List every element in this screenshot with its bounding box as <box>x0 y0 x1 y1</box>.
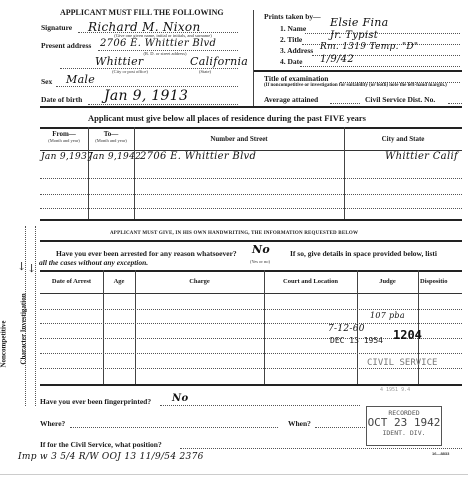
district-label: Civil Service Dist. No. <box>365 95 435 104</box>
recorded-stamp-line3: IDENT. DIV. <box>367 429 441 437</box>
fingerprinted-question: Have you ever been fingerprinted? <box>40 397 151 406</box>
prints-date-label: 4. Date <box>280 57 303 66</box>
arrest-row-rule-5 <box>40 368 462 369</box>
state-hint: (State) <box>190 69 220 74</box>
prints-date-line <box>300 66 460 67</box>
signature-value[interactable]: Richard M. Nixon <box>88 20 200 34</box>
fingerprinted-answer[interactable]: No <box>172 393 188 404</box>
where-field[interactable] <box>70 427 278 428</box>
signature-label: Signature <box>41 23 72 32</box>
arrest-answer-hint: (Yes or no) <box>250 259 270 264</box>
margin-line-2 <box>35 226 36 406</box>
state-value[interactable]: California <box>190 55 248 68</box>
arrest-instruction-1: If so, give details in space provided be… <box>290 249 437 258</box>
district-line <box>448 103 462 104</box>
prints-address-value[interactable]: Rm. 1319 Temp. "D" <box>320 42 418 52</box>
col-street-header: Number and Street <box>134 135 344 143</box>
form-number: 16—8833 <box>432 451 449 456</box>
row1-from[interactable]: Jan 9,1937 <box>41 152 93 162</box>
arrow-down-icon: ↓ <box>27 262 36 275</box>
page-bottom-edge <box>0 474 468 475</box>
average-label: Average attained <box>264 95 318 104</box>
prints-address-label: 3. Address <box>280 46 313 55</box>
residence-bottom-rule <box>40 219 462 221</box>
prints-name-label: 1. Name <box>280 24 306 33</box>
exam-note: (If noncompetitive or investigation for … <box>264 83 464 89</box>
stamp-number: 1204 <box>393 328 422 342</box>
residence-row-rule-3 <box>40 208 462 209</box>
arrest-banner-rule <box>40 240 462 242</box>
row1-city[interactable]: Whittier Calif <box>385 151 458 162</box>
recorded-stamp-line2: OCT 23 1942 <box>367 417 441 429</box>
col-from-sub: (Month and year) <box>40 138 88 143</box>
prints-heading: Prints taken by— <box>264 12 321 21</box>
residence-row-rule-1 <box>40 178 462 179</box>
when-field[interactable] <box>315 427 365 428</box>
margin-noncompetitive: Noncompetitive <box>0 320 8 367</box>
arrest-row-rule-1 <box>40 309 462 310</box>
col-to-header: To— (Month and year) <box>88 130 134 143</box>
arrest-instruction-2: all the cases without any exception. <box>39 258 148 267</box>
sex-line <box>56 86 238 87</box>
col-to-title: To— <box>88 130 134 138</box>
col-city-header: City and State <box>344 135 462 143</box>
prints-divider <box>254 70 462 72</box>
col-from-header: From— (Month and year) <box>40 130 88 143</box>
arrest-table-bottom-rule <box>40 384 462 386</box>
address-label: Present address <box>41 41 91 50</box>
col-disposition: Dispositio <box>420 278 447 285</box>
arrest-row-rule-4 <box>40 353 462 354</box>
where-label: Where? <box>40 419 65 428</box>
prints-name-value[interactable]: Elsie Fina <box>330 16 389 29</box>
col-from-title: From— <box>40 130 88 138</box>
position-label: If for the Civil Service, what position? <box>40 440 162 449</box>
prints-title-label: 2. Title <box>280 35 302 44</box>
civil-service-stamp: CIVIL SERVICE <box>367 358 437 368</box>
col-court-location: Court and Location <box>264 278 357 285</box>
residence-row-rule-2 <box>40 194 462 195</box>
city-hint: (City or post office) <box>100 69 160 74</box>
dob-label: Date of birth <box>41 95 82 104</box>
recorded-stamp: RECORDED OCT 23 1942 IDENT. DIV. <box>366 406 442 446</box>
fingerprinted-line <box>160 405 360 406</box>
city-value[interactable]: Whittier <box>95 55 143 68</box>
arrow-down-icon: ↓ <box>17 260 26 273</box>
residence-heading: Applicant must give below all places of … <box>88 113 366 123</box>
residence-top-rule <box>40 127 462 129</box>
col-charge: Charge <box>135 278 264 285</box>
faint-marks: 4 1951 9.4 <box>380 387 410 393</box>
prints-date-value[interactable]: 1/9/42 <box>320 54 354 65</box>
applicant-heading: APPLICANT MUST FILL THE FOLLOWING <box>60 8 224 17</box>
arrest-answer[interactable]: No <box>252 243 270 256</box>
exam-label: Title of examination <box>264 74 328 83</box>
col-to-sub: (Month and year) <box>88 138 134 143</box>
margin-character-investigation: Character Investigation <box>20 293 28 364</box>
sex-value[interactable]: Male <box>66 73 95 86</box>
stamp-date: DEC 13 1954 <box>330 336 383 345</box>
col-age: Age <box>103 278 135 285</box>
when-label: When? <box>288 419 311 428</box>
bottom-scrawl: Imp w 3 5/4 R/W OOJ 13 11/9/54 2376 <box>18 452 204 462</box>
prints-name-line <box>305 33 460 34</box>
handwritten-date: 7-12-60 <box>328 324 365 334</box>
dob-value[interactable]: Jan 9, 1913 <box>104 88 188 104</box>
dob-line <box>88 104 238 105</box>
arrest-question: Have you ever been arrested for any reas… <box>56 249 237 258</box>
arrest-banner: APPLICANT MUST GIVE, IN HIS OWN HANDWRIT… <box>110 231 358 236</box>
top-divider <box>253 10 254 106</box>
sex-label: Sex <box>41 77 52 86</box>
row1-street[interactable]: 2706 E. Whittier Blvd <box>140 151 256 162</box>
col-judge: Judge <box>357 278 418 285</box>
position-field[interactable] <box>180 448 462 449</box>
prints-title-value[interactable]: Jr. Typist <box>330 30 378 41</box>
handwritten-initials: 107 pba <box>370 311 405 320</box>
row1-to[interactable]: Jan 9,1942 <box>89 152 141 162</box>
address-value[interactable]: 2706 E. Whittier Blvd <box>100 38 216 49</box>
average-line <box>330 103 360 104</box>
arrest-row-rule-2 <box>40 323 462 324</box>
top-section-bottom-rule <box>40 106 462 108</box>
col-date-of-arrest: Date of Arrest <box>40 278 103 285</box>
